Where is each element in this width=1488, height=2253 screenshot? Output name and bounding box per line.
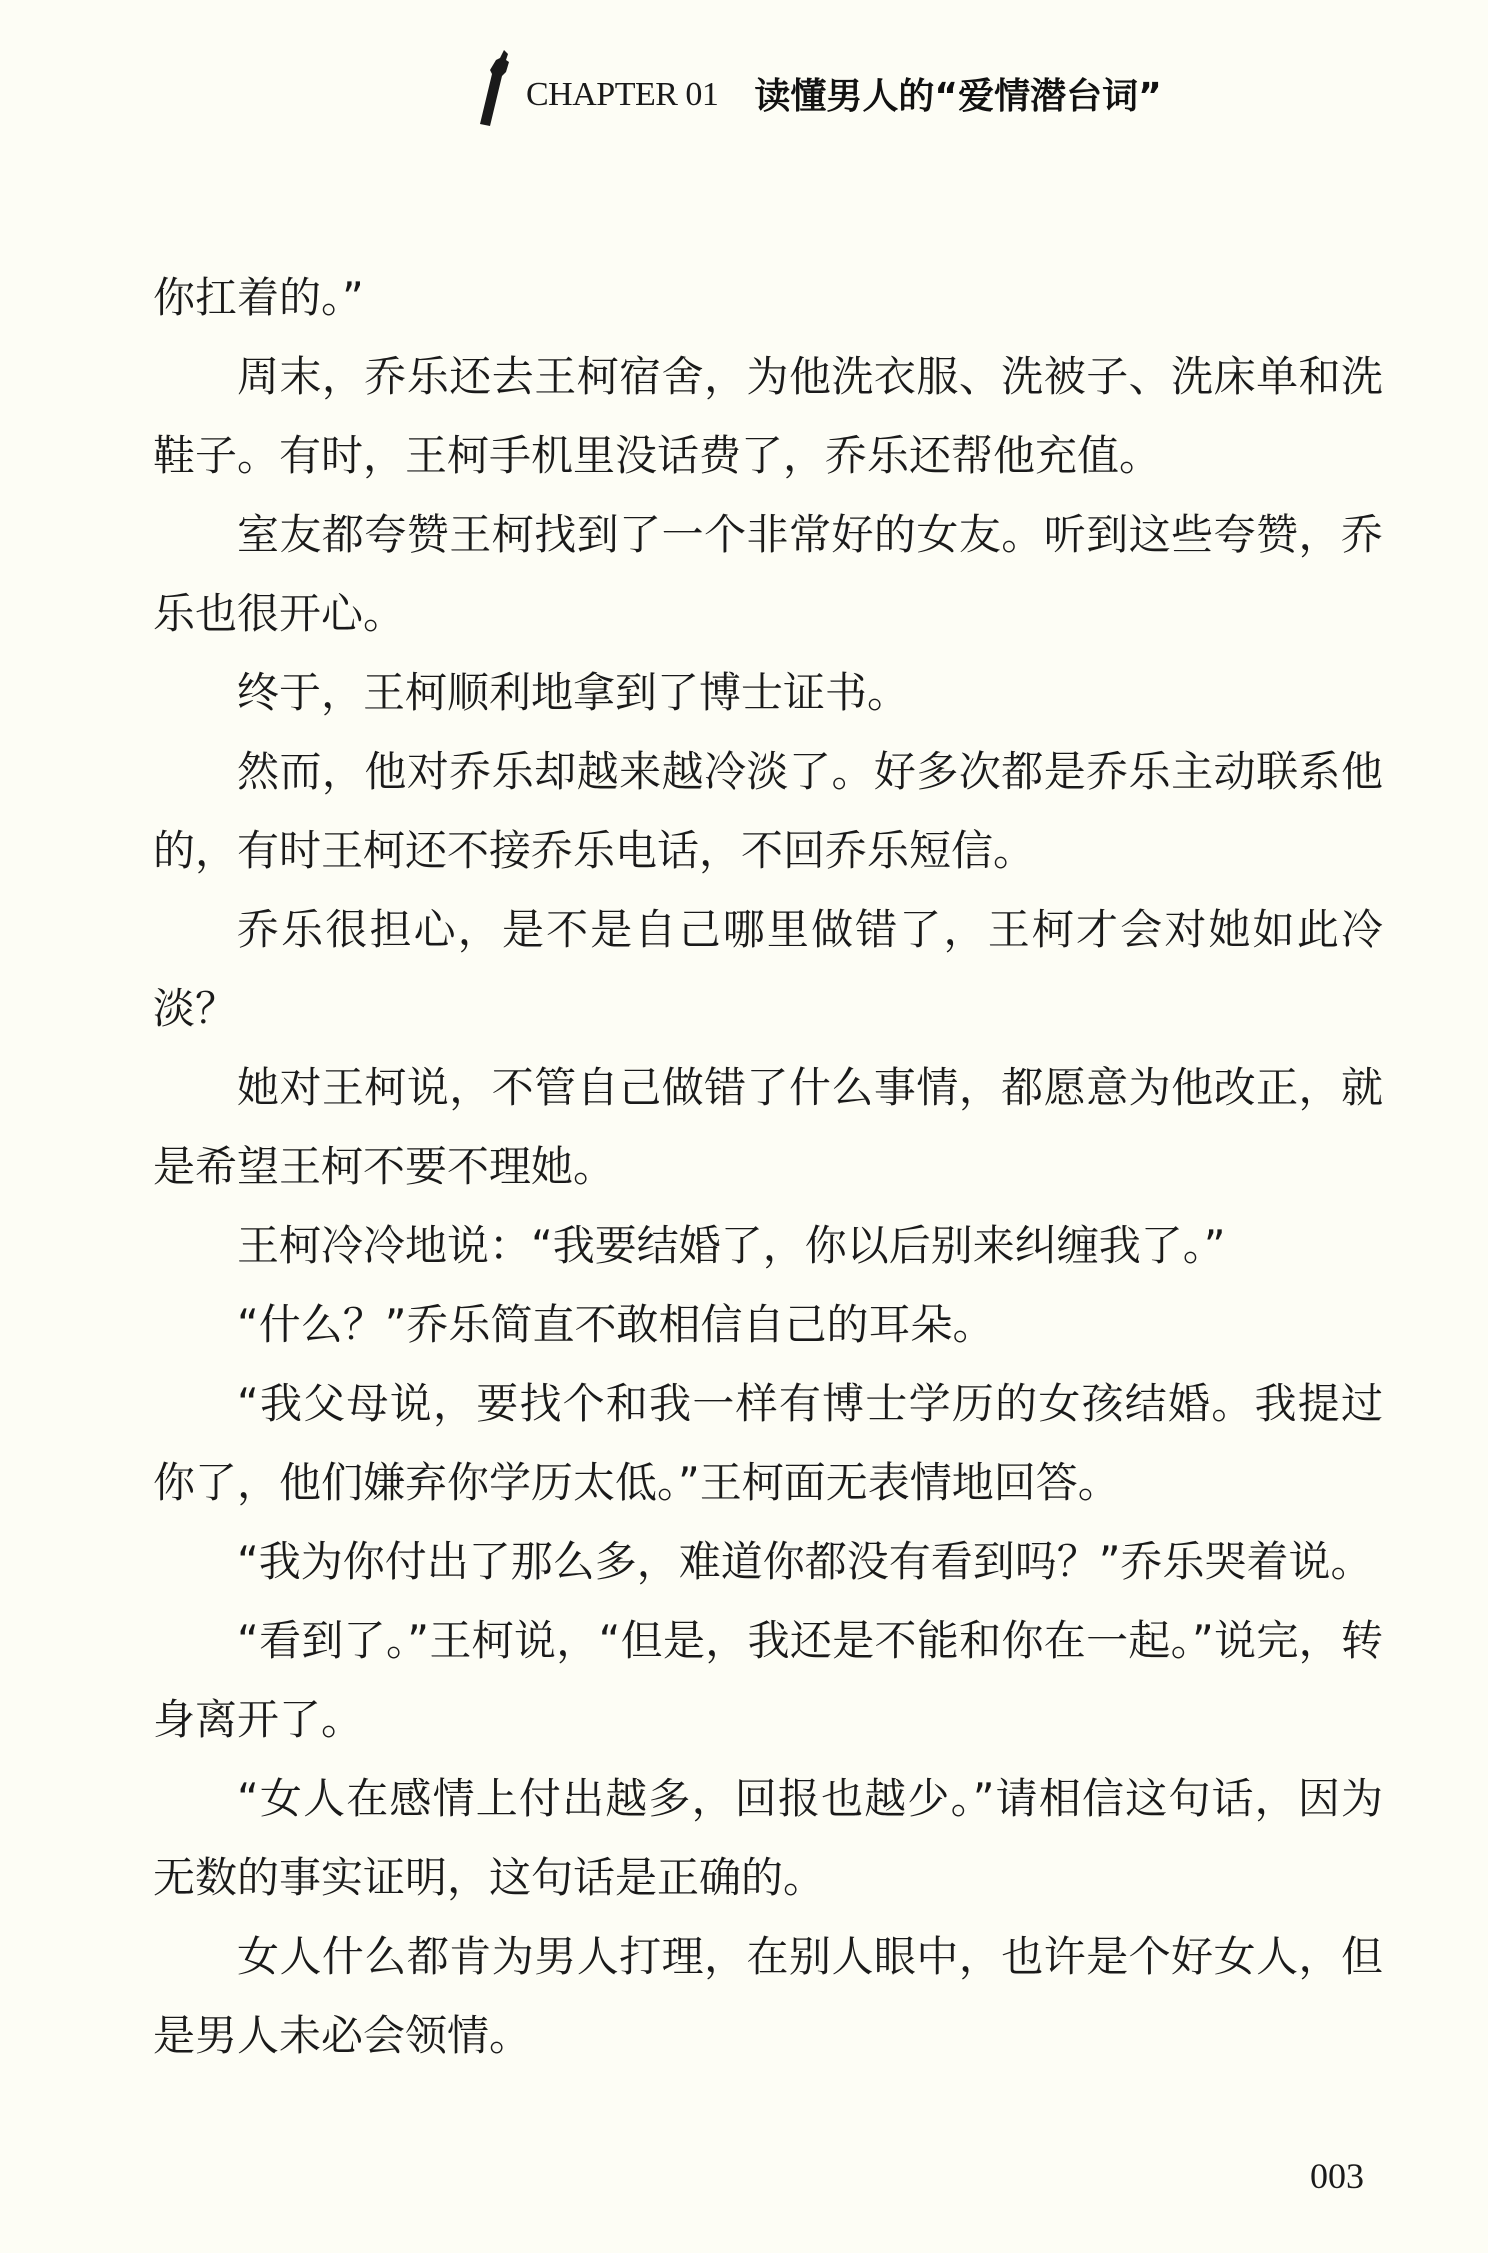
- paragraph: 你扛着的。”: [153, 258, 1383, 337]
- paragraph: 终于，王柯顺利地拿到了博士证书。: [153, 653, 1383, 732]
- chapter-title: 读懂男人的“爱情潜台词”: [754, 68, 1161, 119]
- paragraph: “看到了。”王柯说，“但是，我还是不能和你在一起。”说完，转身离开了。: [153, 1601, 1383, 1759]
- paragraph: 室友都夸赞王柯找到了一个非常好的女友。听到这些夸赞，乔乐也很开心。: [153, 495, 1383, 653]
- fountain-pen-icon: [476, 48, 516, 128]
- running-header: CHAPTER 01 读懂男人的“爱情潜台词”: [476, 48, 1162, 128]
- chapter-label: CHAPTER 01: [526, 76, 718, 114]
- paragraph: 然而，他对乔乐却越来越冷淡了。好多次都是乔乐主动联系他的，有时王柯还不接乔乐电话…: [153, 732, 1383, 890]
- paragraph: 她对王柯说，不管自己做错了什么事情，都愿意为他改正，就是希望王柯不要不理她。: [153, 1048, 1383, 1206]
- paragraph: 女人什么都肯为男人打理，在别人眼中，也许是个好女人，但是男人未必会领情。: [153, 1917, 1383, 2075]
- paragraph: 乔乐很担心，是不是自己哪里做错了，王柯才会对她如此冷淡？: [153, 890, 1383, 1048]
- paragraph: “我为你付出了那么多，难道你都没有看到吗？”乔乐哭着说。: [153, 1522, 1383, 1601]
- body-text: 你扛着的。” 周末，乔乐还去王柯宿舍，为他洗衣服、洗被子、洗床单和洗鞋子。有时，…: [153, 258, 1383, 2075]
- paragraph: “我父母说，要找个和我一样有博士学历的女孩结婚。我提过你了，他们嫌弃你学历太低。…: [153, 1364, 1383, 1522]
- paragraph: “什么？”乔乐简直不敢相信自己的耳朵。: [153, 1285, 1383, 1364]
- paragraph: 王柯冷冷地说：“我要结婚了，你以后别来纠缠我了。”: [153, 1206, 1383, 1285]
- paragraph: 周末，乔乐还去王柯宿舍，为他洗衣服、洗被子、洗床单和洗鞋子。有时，王柯手机里没话…: [153, 337, 1383, 495]
- paragraph: “女人在感情上付出越多，回报也越少。”请相信这句话，因为无数的事实证明，这句话是…: [153, 1759, 1383, 1917]
- page-number: 003: [1310, 2155, 1364, 2197]
